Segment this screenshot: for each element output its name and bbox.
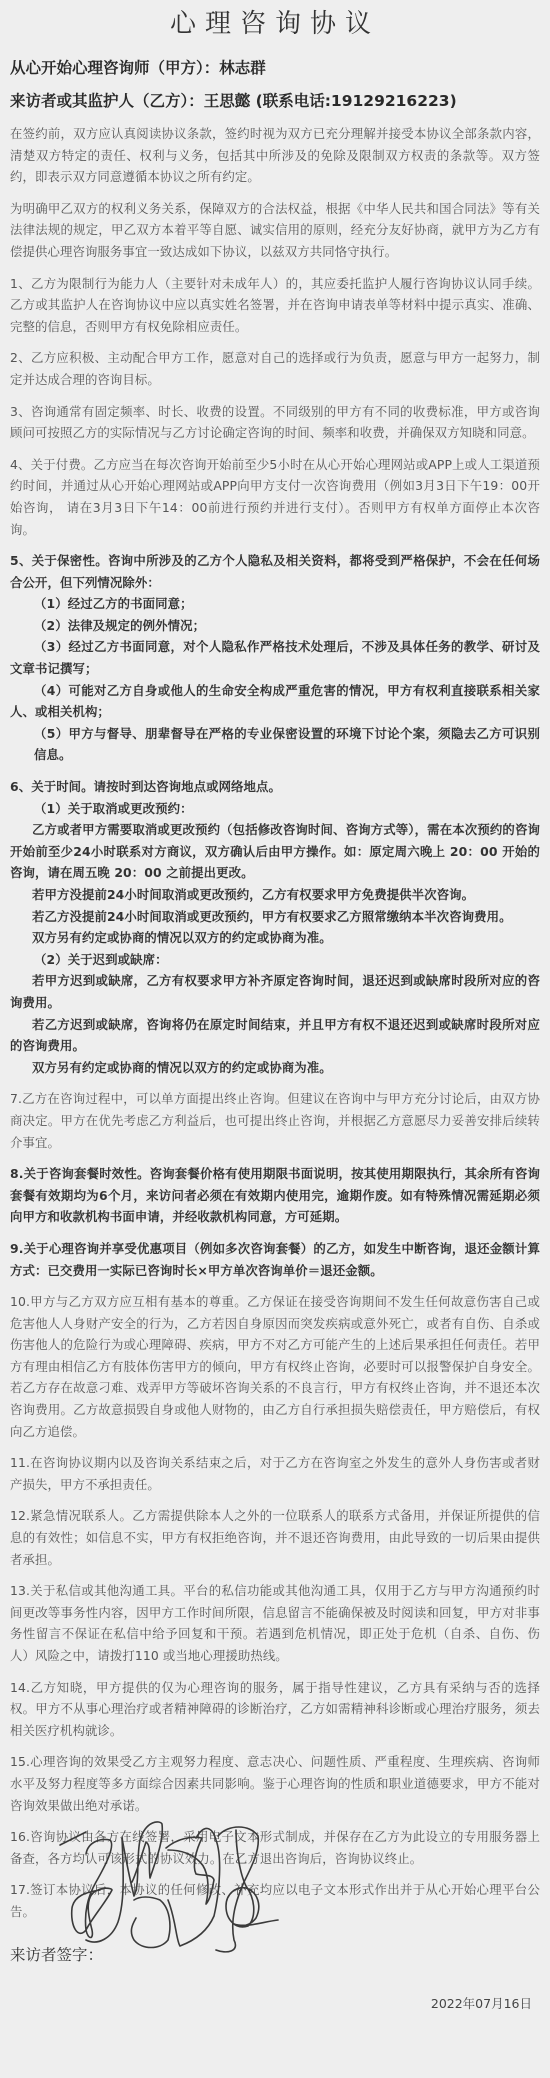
clause-6-sub2-line: 双方另有约定或协商的情况以双方的约定或协商为准。 (10, 1057, 540, 1079)
clause-12: 12.紧急情况联系人。乙方需提供除本人之外的一位联系人的联系方式备用，并保证所提… (10, 1505, 540, 1570)
clause-5-item: （2）法律及规定的例外情况； (10, 615, 540, 637)
party-a-line: 从心开始心理咨询师（甲方）：林志群 (10, 58, 540, 78)
agreement-page: 心理咨询协议 从心开始心理咨询师（甲方）：林志群 来访者或其监护人（乙方）：王思… (0, 0, 550, 2078)
clause-6-sub1-line: 若甲方没提前24小时间取消或更改预约，乙方有权要求甲方免费提供半次咨询。 (10, 884, 540, 906)
clause-14: 14.乙方知晓，甲方提供的仅为心理咨询的服务，属于指导性建议，乙方具有采纳与否的… (10, 1677, 540, 1742)
clause-5-item: （4）可能对乙方自身或他人的生命安全构成严重危害的情况，甲方有权利直接联系相关家… (10, 680, 540, 723)
clause-13: 13.关于私信或其他沟通工具。平台的私信功能或其他沟通工具，仅用于乙方与甲方沟通… (10, 1580, 540, 1666)
clause-5-heading: 5、关于保密性。咨询中所涉及的乙方个人隐私及相关资料，都将受到严格保护，不会在任… (10, 550, 540, 593)
clause-5-item: （1）经过乙方的书面同意； (10, 593, 540, 615)
clause-7: 7.乙方在咨询过程中，可以单方面提出终止咨询。但建议在咨询中与甲方充分讨论后，由… (10, 1088, 540, 1153)
clause-5-item: （3）经过乙方书面同意，对个人隐私作严格技术处理后，不涉及具体任务的教学、研讨及… (10, 636, 540, 679)
clause-6-sub2-title: （2）关于迟到或缺席： (10, 949, 540, 971)
clause-5-item: （5）甲方与督导、朋辈督导在严格的专业保密设置的环境下讨论个案，须隐去乙方可识别… (10, 723, 540, 766)
clause-4: 4、关于付费。乙方应当在每次咨询开始前至少5小时在从心开始心理网站或APP上或人… (10, 454, 540, 540)
party-b-line: 来访者或其监护人（乙方）：王思懿 (联系电话:19129216223) (10, 91, 540, 111)
clause-6-sub2-line: 若乙方迟到或缺席，咨询将仍在原定时间结束，并且甲方有权不退还迟到或缺席时段所对应… (10, 1014, 540, 1057)
clause-6-sub1-line: 若乙方没提前24小时间取消或更改预约，甲方有权要求乙方照常缴纳本半次咨询费用。 (10, 906, 540, 928)
clause-9: 9.关于心理咨询并享受优惠项目（例如多次咨询套餐）的乙方，如发生中断咨询，退还金… (10, 1238, 540, 1281)
clause-5: 5、关于保密性。咨询中所涉及的乙方个人隐私及相关资料，都将受到严格保护，不会在任… (10, 550, 540, 766)
clause-6-sub1-line: 乙方或者甲方需要取消或更改预约（包括修改咨询时间、咨询方式等），需在本次预约的咨… (10, 819, 540, 884)
intro-paragraph: 为明确甲乙双方的权利义务关系，保障双方的合法权益，根据《中华人民共和国合同法》等… (10, 198, 540, 263)
clause-8: 8.关于咨询套餐时效性。咨询套餐价格有使用期限书面说明，按其使用期限执行，其余所… (10, 1163, 540, 1228)
document-title: 心理咨询协议 (10, 0, 540, 48)
clause-6-sub2-line: 若甲方迟到或缺席，乙方有权要求甲方补齐原定咨询时间，退还迟到或缺席时段所对应的咨… (10, 970, 540, 1013)
intro-paragraph: 在签约前，双方应认真阅读协议条款，签约时视为双方已充分理解并接受本协议全部条款内… (10, 123, 540, 188)
clause-6-heading: 6、关于时间。请按时到达咨询地点或网络地点。 (10, 776, 540, 798)
clause-6: 6、关于时间。请按时到达咨询地点或网络地点。 （1）关于取消或更改预约： 乙方或… (10, 776, 540, 1078)
clause-11: 11.在咨询协议期内以及咨询关系结束之后，对于乙方在咨询室之外发生的意外人身伤害… (10, 1452, 540, 1495)
clause-6-sub1-line: 双方另有约定或协商的情况以双方的约定或协商为准。 (10, 927, 540, 949)
clause-2: 2、乙方应积极、主动配合甲方工作，愿意对自己的选择或行为负责，愿意与甲方一起努力… (10, 347, 540, 390)
signature-area (0, 1790, 550, 1990)
clause-3: 3、咨询通常有固定频率、时长、收费的设置。不同级别的甲方有不同的收费标准，甲方或… (10, 401, 540, 444)
clause-6-sub1-title: （1）关于取消或更改预约： (10, 798, 540, 820)
handwritten-signature-icon (0, 1790, 550, 1990)
clause-1: 1、乙方为限制行为能力人（主要针对未成年人）的，其应委托监护人履行咨询协议认同手… (10, 273, 540, 338)
signing-date: 2022年07月16日 (431, 1994, 532, 2012)
clause-10: 10.甲方与乙方双方应互相有基本的尊重。乙方保证在接受咨询期间不发生任何故意伤害… (10, 1291, 540, 1442)
